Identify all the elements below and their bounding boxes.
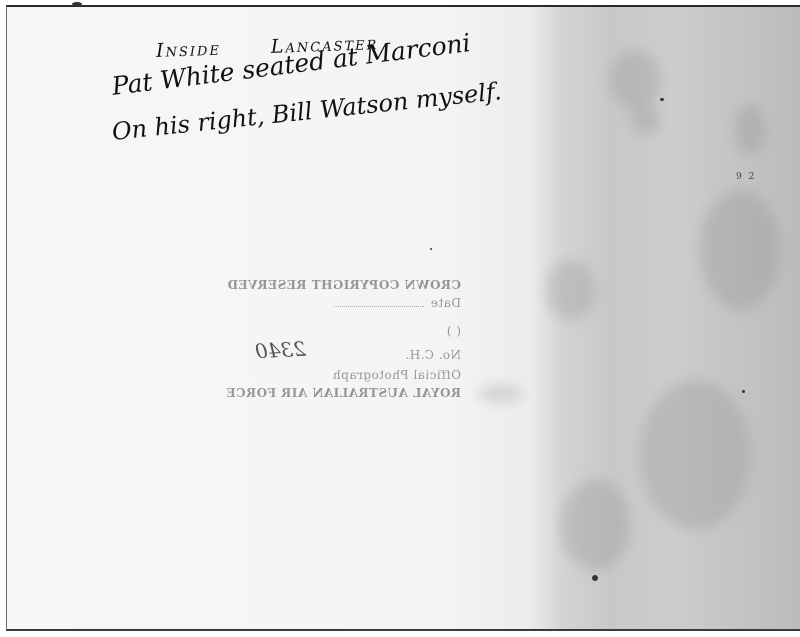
- stamp-line-raaf: ROYAL AUSTRALIAN AIR FORCE: [226, 386, 461, 400]
- speck: [430, 248, 432, 250]
- stain: [735, 105, 765, 155]
- stain: [640, 380, 750, 530]
- stain: [478, 385, 523, 403]
- speck: [72, 2, 82, 6]
- stain: [610, 50, 660, 110]
- stamp-line-date: Date: [334, 296, 461, 310]
- stamp-line-number: No. C.H.: [405, 348, 461, 362]
- stain: [630, 105, 660, 135]
- stamp-line-paren: ( ): [446, 324, 461, 338]
- stamp-date-label: Date: [430, 296, 461, 310]
- caption-title-inside: Inside: [156, 38, 222, 62]
- mirrored-raaf-stamp: CROWN COPYRIGHT RESERVED Date ( ) No. C.…: [190, 276, 465, 406]
- speck: [742, 390, 745, 393]
- scanned-photo-back: InsideLancaster Pat White seated at Marc…: [0, 0, 800, 637]
- corner-mark: 9 2: [736, 172, 756, 182]
- stamp-line-copyright: CROWN COPYRIGHT RESERVED: [227, 278, 461, 292]
- stamp-line-official: Official Photograph: [333, 368, 461, 382]
- stain: [560, 480, 630, 570]
- stain: [545, 260, 595, 320]
- speck: [660, 98, 664, 101]
- stain: [700, 190, 780, 310]
- speck: [592, 575, 598, 581]
- stamp-handwritten-number: 2340: [254, 337, 306, 364]
